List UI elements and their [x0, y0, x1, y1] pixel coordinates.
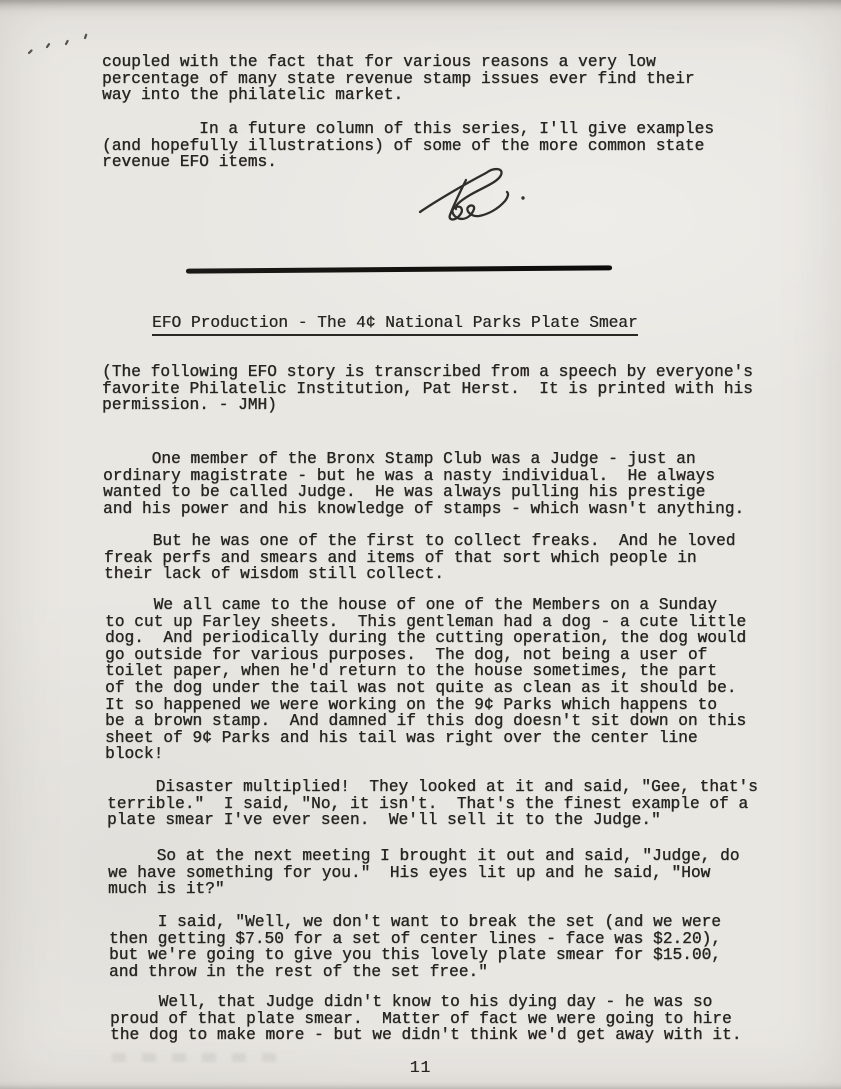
scanned-document-page: coupled with the fact that for various r… — [0, 0, 841, 1089]
paragraph-we-all-came: We all came to the house of one of the M… — [105, 597, 746, 763]
handwritten-signature-bob — [408, 163, 548, 228]
section-heading: EFO Production - The 4¢ National Parks P… — [152, 314, 638, 336]
scan-edge-shadow-bottom — [0, 1081, 841, 1089]
pen-tick-marks — [22, 30, 100, 60]
signature-period-dot — [521, 196, 524, 199]
paragraph-but-he-was: But he was one of the first to collect f… — [104, 533, 735, 583]
paragraph-disaster-multiplied: Disaster multiplied! They looked at it a… — [107, 779, 758, 829]
scan-edge-shadow-top — [0, 0, 841, 18]
paragraph-i-said-well: I said, "Well, we don't want to break th… — [109, 914, 721, 980]
paragraph-intro: coupled with the fact that for various r… — [102, 54, 695, 104]
paragraph-transcription-credit: (The following EFO story is transcribed … — [102, 364, 753, 414]
paragraph-one-member: One member of the Bronx Stamp Club was a… — [103, 451, 744, 517]
page-number: 11 — [0, 1059, 841, 1077]
section-divider-rule — [186, 265, 612, 273]
paragraph-well-that-judge: Well, that Judge didn't know to his dyin… — [110, 994, 741, 1044]
paragraph-so-at-next-meeting: So at the next meeting I brought it out … — [108, 848, 739, 898]
